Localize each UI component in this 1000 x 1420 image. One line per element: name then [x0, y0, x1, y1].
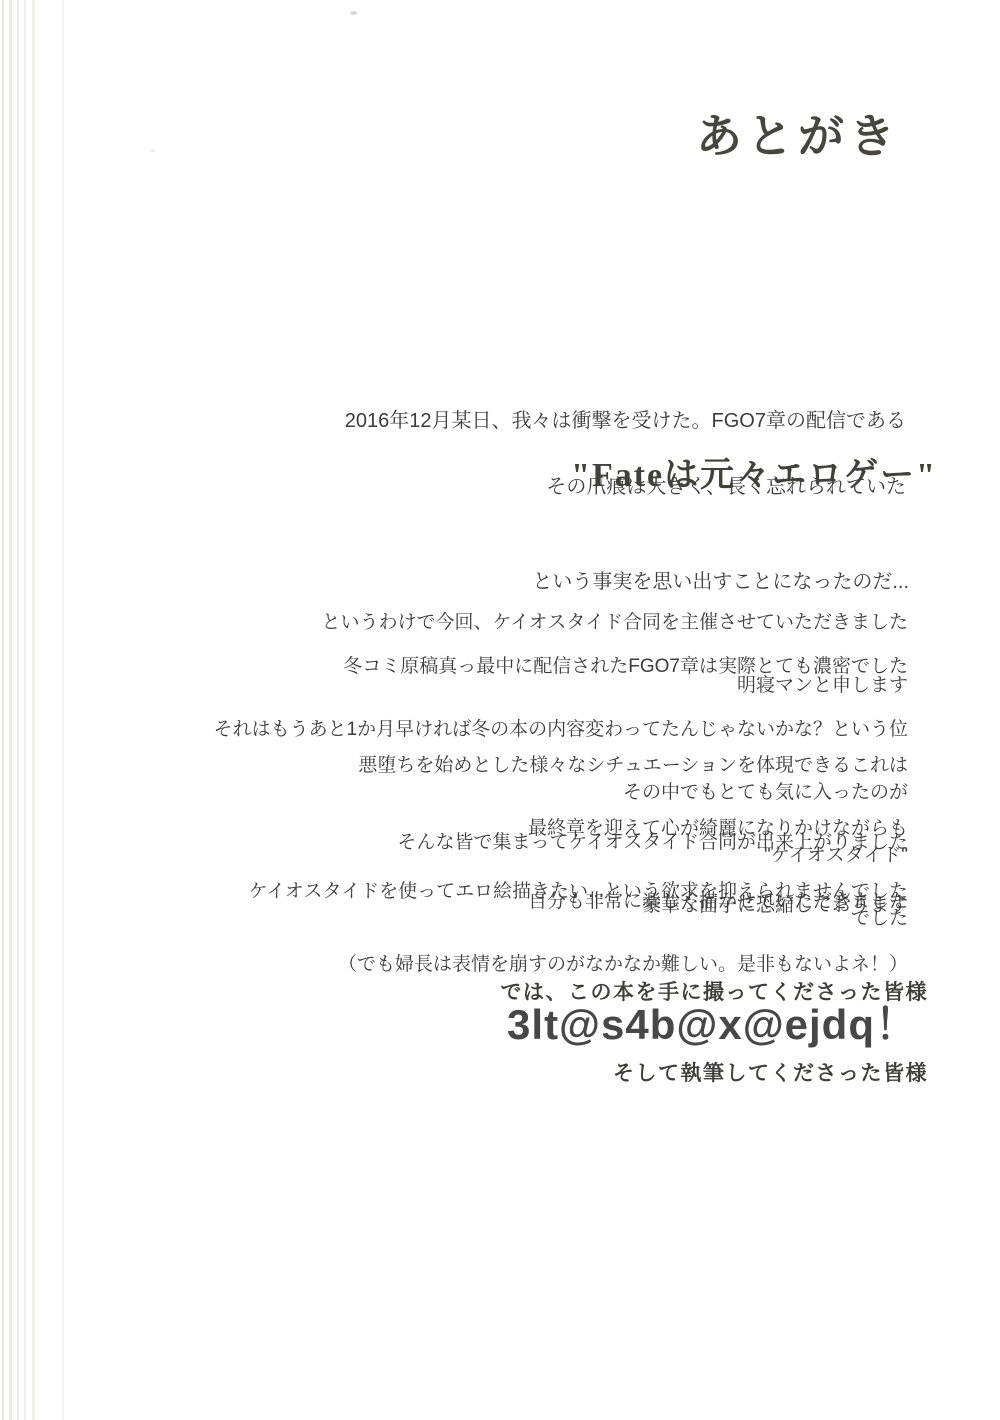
scan-streak: [9, 0, 12, 1420]
scan-streak: [2, 0, 4, 1420]
fate-quote: "Fateは元々エロゲー": [571, 457, 937, 495]
paragraph-intro: 2016年12月某日、我々は衝撃を受けた。FGO7章の配信である その爪痕は大き…: [345, 366, 906, 542]
text-line: 2016年12月某日、我々は衝撃を受けた。FGO7章の配信である: [345, 410, 906, 432]
scan-speck: [150, 149, 155, 152]
scan-streak: [62, 0, 64, 1420]
page-title: あとがき: [696, 112, 900, 162]
scan-speck: [350, 11, 357, 15]
signoff-text: 3lt@s4b@x@ejdq！: [507, 1002, 918, 1048]
text-line: そして執筆してくださった皆様: [501, 1060, 929, 1087]
afterword-page: あとがき 2016年12月某日、我々は衝撃を受けた。FGO7章の配信である その…: [0, 0, 1000, 1420]
scan-streak: [24, 0, 26, 1420]
text-line: 自分も非常に楽しく描かせていただきました: [338, 891, 908, 912]
text-line: 悪堕ちを始めとした様々なシチュエーションを体現できるこれは: [249, 755, 908, 776]
scan-streak: [17, 0, 19, 1420]
text-line: 冬コミ原稿真っ最中に配信されたFGO7章は実際とても濃密でした: [214, 656, 908, 677]
scan-streak: [32, 0, 35, 1420]
